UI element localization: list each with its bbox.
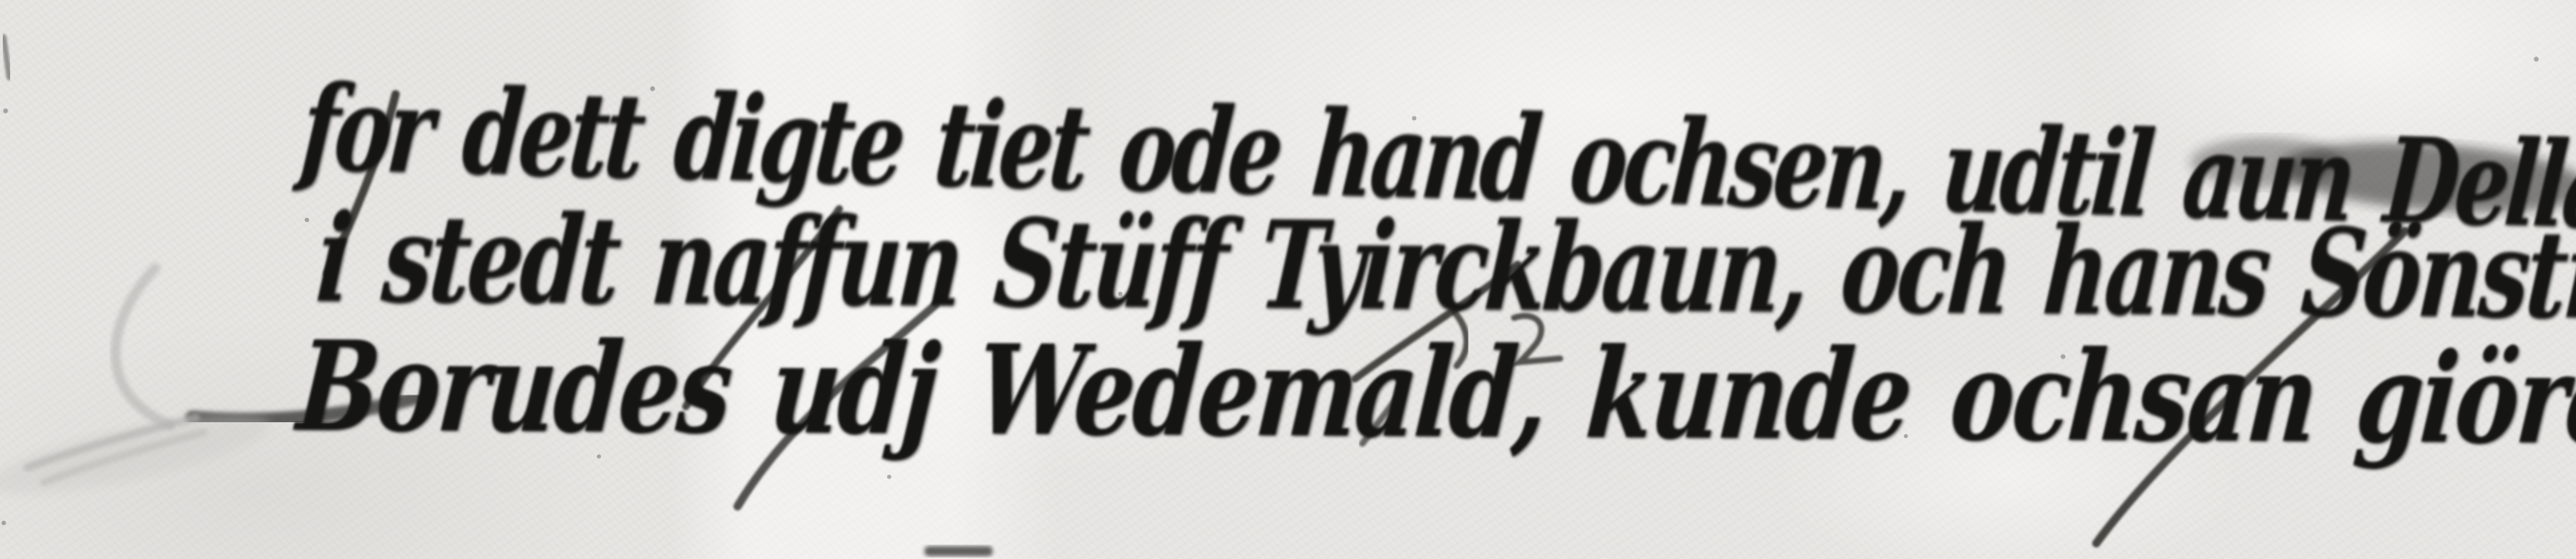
handwriting-line-3: Borudes udj Wedemald, kunde ochsan giöre… bbox=[293, 314, 2576, 474]
ink-speck bbox=[305, 218, 310, 223]
left-edge-speck bbox=[4, 37, 9, 78]
bottom-edge-mark bbox=[924, 546, 993, 556]
ink-speck bbox=[887, 475, 892, 480]
manuscript-page: for dett digte tiet ode hand ochsen, udt… bbox=[0, 0, 2576, 559]
ink-speck bbox=[3, 108, 7, 113]
ink-speck bbox=[2, 521, 6, 526]
ink-speck bbox=[2533, 56, 2538, 61]
faint-arc-mark bbox=[116, 268, 170, 425]
